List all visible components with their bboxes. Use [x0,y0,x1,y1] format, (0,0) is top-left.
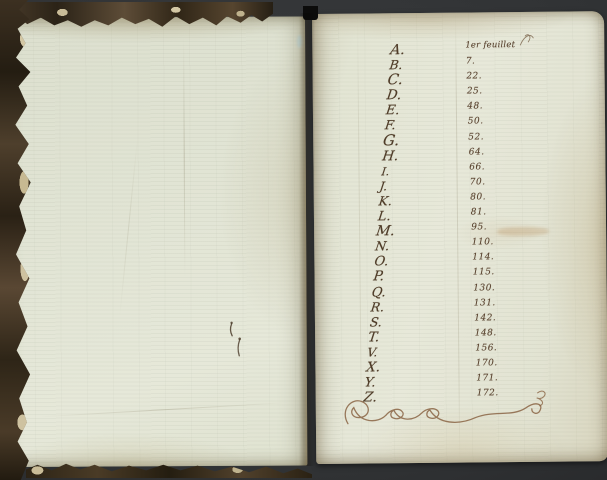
index-folio: 70. [470,177,486,187]
index-folio: 131. [474,298,496,308]
index-folio: 50. [468,117,484,127]
pen-stroke-flourish [518,32,536,48]
index-letter: T. [368,330,381,344]
index-folio: 7. [466,57,476,67]
index-letter: P. [372,270,384,284]
index-folio: 114. [472,253,494,263]
index-folio: 66. [469,162,485,172]
flourish-swirl [342,388,557,436]
index-folio: 22. [466,72,482,82]
index-folio: 148. [475,328,497,338]
index-folio: 95. [471,222,487,232]
index-letter: R. [370,300,385,314]
right-page: A.1er feuilletB.7.C.22.D.25.E.48.F.50.G.… [312,11,607,464]
index-table: A.1er feuilletB.7.C.22.D.25.E.48.F.50.G.… [390,37,583,401]
laid-paper-texture [7,16,307,467]
index-folio: 115. [473,268,495,278]
index-letter: X. [365,360,381,374]
index-letter: N. [374,239,390,253]
index-letter: I. [380,165,390,179]
paper-crease [39,402,289,417]
index-folio: 156. [475,343,497,353]
index-folio: 80. [470,192,486,202]
index-folio: 130. [473,283,495,293]
index-folio: 171. [476,373,498,383]
index-folio: 64. [469,147,485,157]
scanned-book-photo: A.1er feuilletB.7.C.22.D.25.E.48.F.50.G.… [0,0,607,480]
paper-crease [119,138,138,317]
index-folio: 81. [471,207,487,217]
index-letter: K. [378,194,393,208]
index-folio: 110. [472,237,494,247]
index-letter: Q. [371,286,387,300]
left-page [7,16,307,467]
index-folio: 142. [474,313,496,323]
index-letter: S. [369,315,383,329]
index-letter: V. [366,345,378,359]
index-folio: 170. [476,358,498,368]
index-folio: 52. [468,132,484,142]
index-folio: 48. [467,102,483,112]
index-letter: J. [379,179,389,193]
paper-stains [7,16,307,467]
spine-notch [303,6,318,20]
index-folio: 1er feuillet [465,40,515,50]
stray-ink-marks [224,317,254,367]
index-folio: 25. [467,87,483,97]
paper-speck [297,35,302,48]
paper-crease [183,37,185,277]
